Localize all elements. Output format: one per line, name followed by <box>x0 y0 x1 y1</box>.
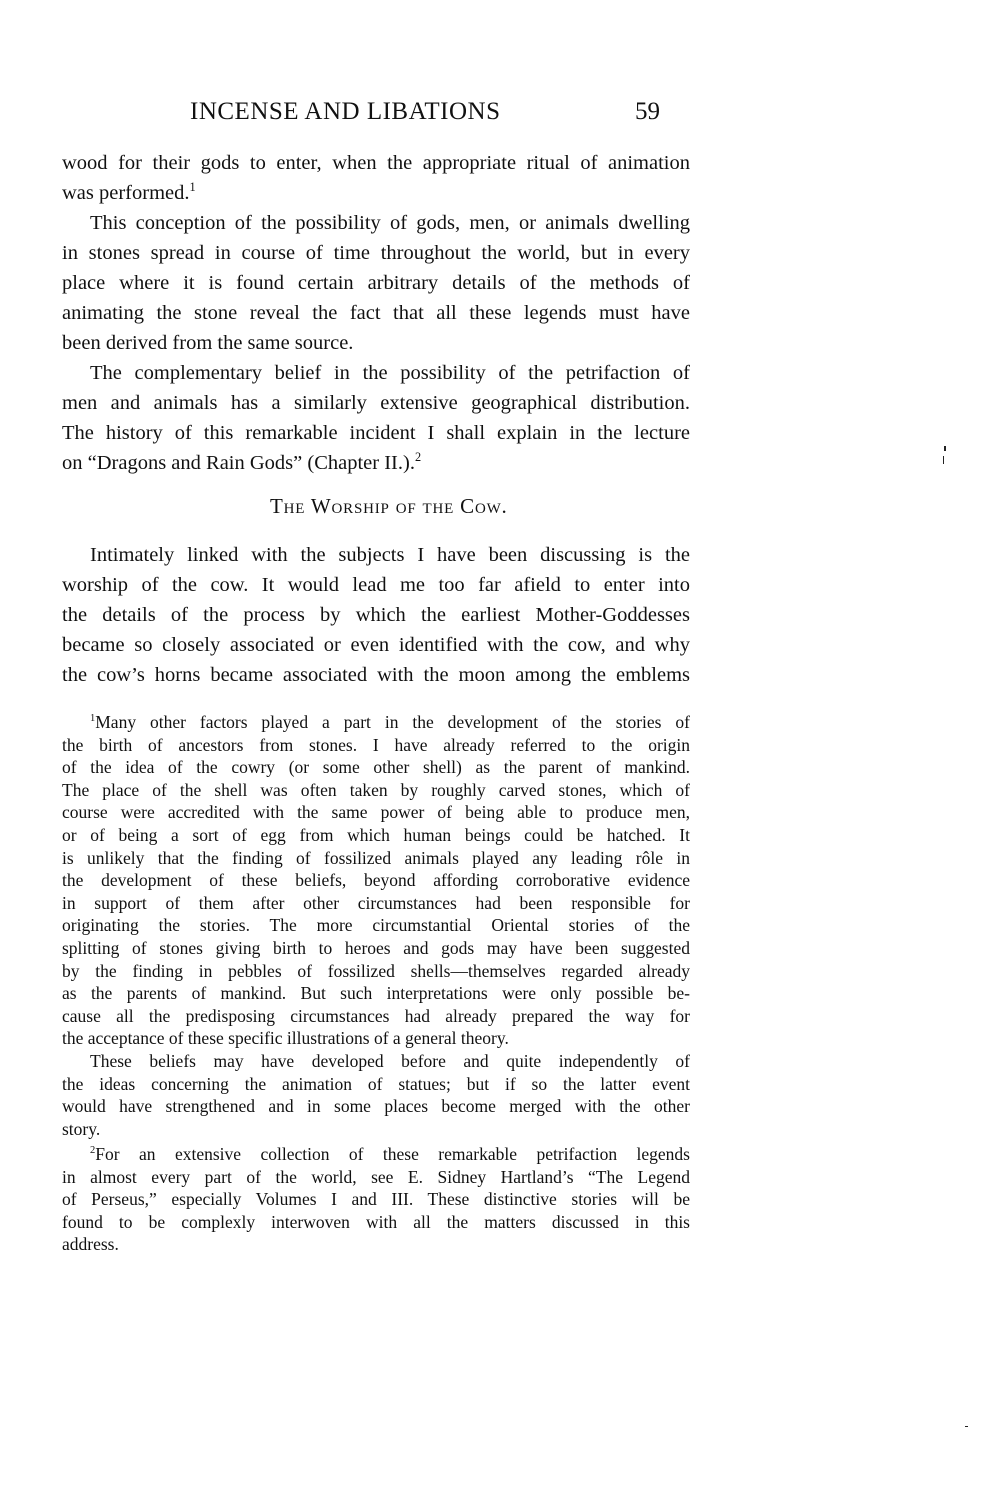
footnote-line: in support of them after other circumsta… <box>62 892 690 914</box>
body-line: worship of the cow. It would lead me too… <box>62 570 690 600</box>
footnote-line: cause all the predisposing circumstances… <box>62 1005 690 1027</box>
footnote-line: course were accredited with the same pow… <box>62 801 690 823</box>
body-line: men and animals has a similarly extensiv… <box>62 388 690 418</box>
footnote-line: 2For an extensive collection of these re… <box>90 1143 690 1165</box>
body-line: been derived from the same source. <box>62 328 690 358</box>
footnote-line: is unlikely that the finding of fossiliz… <box>62 847 690 869</box>
running-title: INCENSE AND LIBATIONS <box>190 98 501 126</box>
paragraph-start: This conception of the possibility of go… <box>90 208 690 238</box>
body-line: place where it is found certain arbitrar… <box>62 268 690 298</box>
scan-speck <box>943 456 944 464</box>
footnote-line: story. <box>62 1118 690 1140</box>
footnote-line: the ideas concerning the animation of st… <box>62 1073 690 1095</box>
footnote-line: the acceptance of these specific illustr… <box>62 1027 690 1049</box>
body-line: became so closely associated or even ide… <box>62 630 690 660</box>
footnote-line: as the parents of mankind. But such inte… <box>62 982 690 1004</box>
scan-speck <box>965 1426 968 1427</box>
footnote-line: of the idea of the cowry (or some other … <box>62 756 690 778</box>
footnote-line: by the finding in pebbles of fossilized … <box>62 960 690 982</box>
footnote-line: found to be complexly interwoven with al… <box>62 1211 690 1233</box>
body-line: in stones spread in course of time throu… <box>62 238 690 268</box>
book-page: INCENSE AND LIBATIONS 59 wood for their … <box>0 0 985 1496</box>
body-line: the details of the process by which the … <box>62 600 690 630</box>
footnote-ref[interactable]: 2 <box>415 450 421 464</box>
body-line: animating the stone reveal the fact that… <box>62 298 690 328</box>
body-line: on “Dragons and Rain Gods” (Chapter II.)… <box>62 448 690 478</box>
footnote-line: These beliefs may have developed before … <box>90 1050 690 1072</box>
paragraph-start: The complementary belief in the possibil… <box>90 358 690 388</box>
scan-speck <box>944 446 946 451</box>
body-line: was performed.1 <box>62 178 690 208</box>
paragraph-start: Intimately linked with the subjects I ha… <box>90 540 690 570</box>
page-number: 59 <box>635 98 660 126</box>
footnote-line: address. <box>62 1233 690 1255</box>
footnote-ref[interactable]: 1 <box>190 180 196 194</box>
footnote-line: would have strengthened and in some plac… <box>62 1095 690 1117</box>
body-line: The history of this remarkable incident … <box>62 418 690 448</box>
footnote-line: originating the stories. The more circum… <box>62 914 690 936</box>
footnote-line: in almost every part of the world, see E… <box>62 1166 690 1188</box>
footnote-line: the development of these beliefs, beyond… <box>62 869 690 891</box>
footnote-line: the birth of ancestors from stones. I ha… <box>62 734 690 756</box>
footnote-line: or of being a sort of egg from which hum… <box>62 824 690 846</box>
section-heading: The Worship of the Cow. <box>270 494 508 519</box>
footnote-line: The place of the shell was often taken b… <box>62 779 690 801</box>
footnote-line: splitting of stones giving birth to hero… <box>62 937 690 959</box>
body-line: wood for their gods to enter, when the a… <box>62 148 690 178</box>
footnote-line: of Perseus,” especially Volumes I and II… <box>62 1188 690 1210</box>
body-line: the cow’s horns became associated with t… <box>62 660 690 690</box>
footnote-line: 1Many other factors played a part in the… <box>90 711 690 733</box>
